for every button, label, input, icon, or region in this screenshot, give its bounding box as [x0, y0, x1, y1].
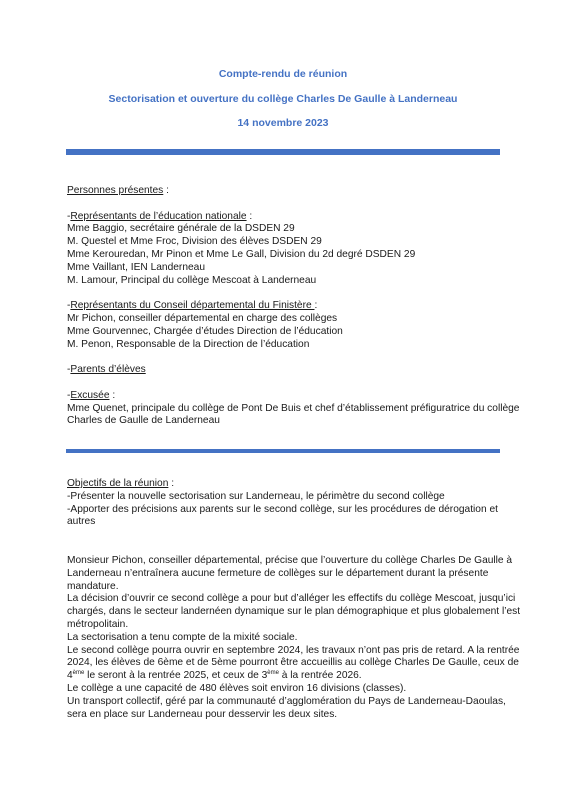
attendee-item: Mme Gourvennec, Chargée d’études Directi…: [67, 326, 507, 339]
body-line: Le second collège pourra ouvrir en septe…: [67, 645, 507, 658]
group-heading-parents: -Parents d’élèves: [67, 364, 507, 377]
attendee-item: Mme Baggio, secrétaire générale de la DS…: [67, 223, 507, 236]
attendee-item: Mme Quenet, principale du collège de Pon…: [67, 403, 507, 416]
grade-suffix: ème: [73, 670, 85, 676]
objective-item: autres: [67, 516, 507, 529]
attendee-item: Mr Pichon, conseiller départemental en c…: [67, 313, 507, 326]
attendees-heading: Personnes présentes :: [67, 185, 507, 198]
objective-item: -Présenter la nouvelle sectorisation sur…: [67, 491, 507, 504]
group-label: Excusée: [70, 390, 109, 401]
minutes-body: Monsieur Pichon, conseiller départementa…: [67, 555, 507, 721]
objectives-heading-colon: :: [168, 478, 174, 489]
group-heading-excusee: -Excusée :: [67, 390, 507, 403]
attendee-item: Mme Kerouredan, Mr Pinon et Mme Le Gall,…: [67, 249, 507, 262]
header-divider: [66, 149, 500, 155]
attendee-item: M. Lamour, Principal du collège Mescoat …: [67, 275, 507, 288]
objectives-heading-text: Objectifs de la réunion: [67, 478, 168, 489]
grade-suffix: ème: [267, 670, 279, 676]
group-suffix: :: [314, 300, 317, 311]
body-line: Le collège a une capacité de 480 élèves …: [67, 683, 507, 696]
attendees-heading-text: Personnes présentes: [67, 185, 163, 196]
group-heading-education-nationale: -Représentants de l’éducation nationale …: [67, 211, 507, 224]
grade-text: le seront à la rentrée 2025, et ceux de: [84, 670, 261, 681]
grade-text: à la rentrée 2026.: [279, 670, 362, 681]
attendee-item: Mme Vaillant, IEN Landerneau: [67, 262, 507, 275]
body-line: La sectorisation a tenu compte de la mix…: [67, 632, 507, 645]
section-divider: [66, 449, 500, 453]
attendees-heading-colon: :: [163, 185, 169, 196]
group-label: Représentants de l’éducation nationale: [70, 211, 246, 222]
document-date: 14 novembre 2023: [0, 117, 566, 130]
objective-item: -Apporter des précisions aux parents sur…: [67, 504, 507, 517]
body-line: Landerneau n’entraînera aucune fermeture…: [67, 568, 507, 581]
body-line-grades: 4ème le seront à la rentrée 2025, et ceu…: [67, 670, 507, 683]
objectives-heading: Objectifs de la réunion :: [67, 478, 507, 491]
body-line: La décision d’ouvrir ce second collège a…: [67, 593, 507, 606]
body-line: chargés, dans le secteur landernéen dyna…: [67, 606, 507, 619]
group-heading-conseil-departemental: -Représentants du Conseil départemental …: [67, 300, 507, 313]
body-line: Monsieur Pichon, conseiller départementa…: [67, 555, 507, 568]
attendee-item: M. Penon, Responsable de la Direction de…: [67, 339, 507, 352]
attendee-item: M. Questel et Mme Froc, Division des élè…: [67, 236, 507, 249]
document-subtitle: Sectorisation et ouverture du collège Ch…: [0, 93, 566, 106]
group-label: Parents d’élèves: [70, 364, 145, 375]
document-title: Compte-rendu de réunion: [0, 68, 566, 81]
group-suffix: :: [247, 211, 253, 222]
body-line: 2024, les élèves de 6ème et de 5ème pour…: [67, 657, 507, 670]
group-suffix: :: [109, 390, 115, 401]
body-line: mandature.: [67, 581, 507, 594]
group-label: Représentants du Conseil départemental d…: [70, 300, 314, 311]
attendees-section: Personnes présentes : -Représentants de …: [67, 185, 507, 428]
objectives-section: Objectifs de la réunion : -Présenter la …: [67, 478, 507, 529]
body-line: sera en place sur Landerneau pour desser…: [67, 709, 507, 722]
body-line: métropolitain.: [67, 619, 507, 632]
attendee-item: Charles de Gaulle de Landerneau: [67, 415, 507, 428]
body-line: Un transport collectif, géré par la comm…: [67, 696, 507, 709]
